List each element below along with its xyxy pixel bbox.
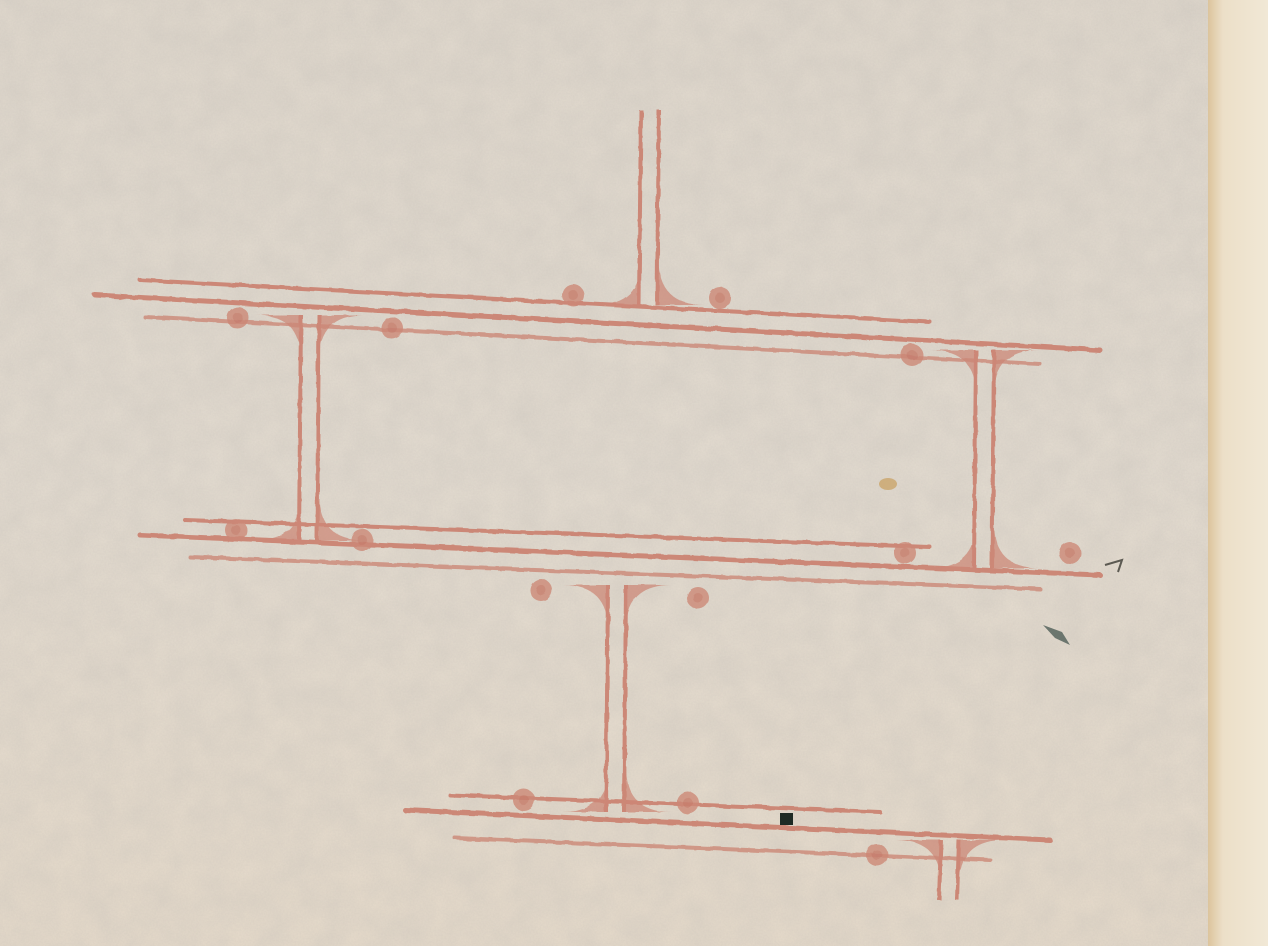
roundel-center bbox=[715, 293, 725, 303]
roundel-center bbox=[357, 535, 367, 545]
ochre-spot bbox=[879, 478, 897, 490]
right-joint-right-line bbox=[992, 350, 994, 568]
corner-joint-right-line bbox=[957, 840, 959, 900]
roundel-center bbox=[536, 585, 546, 595]
roundel-center bbox=[683, 798, 693, 808]
roundel-center bbox=[233, 313, 243, 323]
roundel-center bbox=[387, 323, 397, 333]
dark-stain bbox=[780, 813, 793, 825]
painted-wall bbox=[0, 0, 1268, 946]
roundel-center bbox=[907, 350, 917, 360]
top-joint-right-line bbox=[657, 110, 659, 305]
roundel-center bbox=[568, 290, 578, 300]
roundel-center bbox=[1065, 548, 1075, 558]
roundel-center bbox=[900, 548, 910, 558]
roundel-center bbox=[231, 525, 241, 535]
roundel-center bbox=[693, 593, 703, 603]
roundel-center bbox=[872, 850, 882, 860]
bottom-joint-right-line bbox=[624, 585, 626, 812]
wall-corner-pilaster bbox=[1208, 0, 1268, 946]
wall-photograph bbox=[0, 0, 1268, 946]
roundel-center bbox=[519, 795, 529, 805]
left-joint-right-line bbox=[317, 315, 319, 540]
